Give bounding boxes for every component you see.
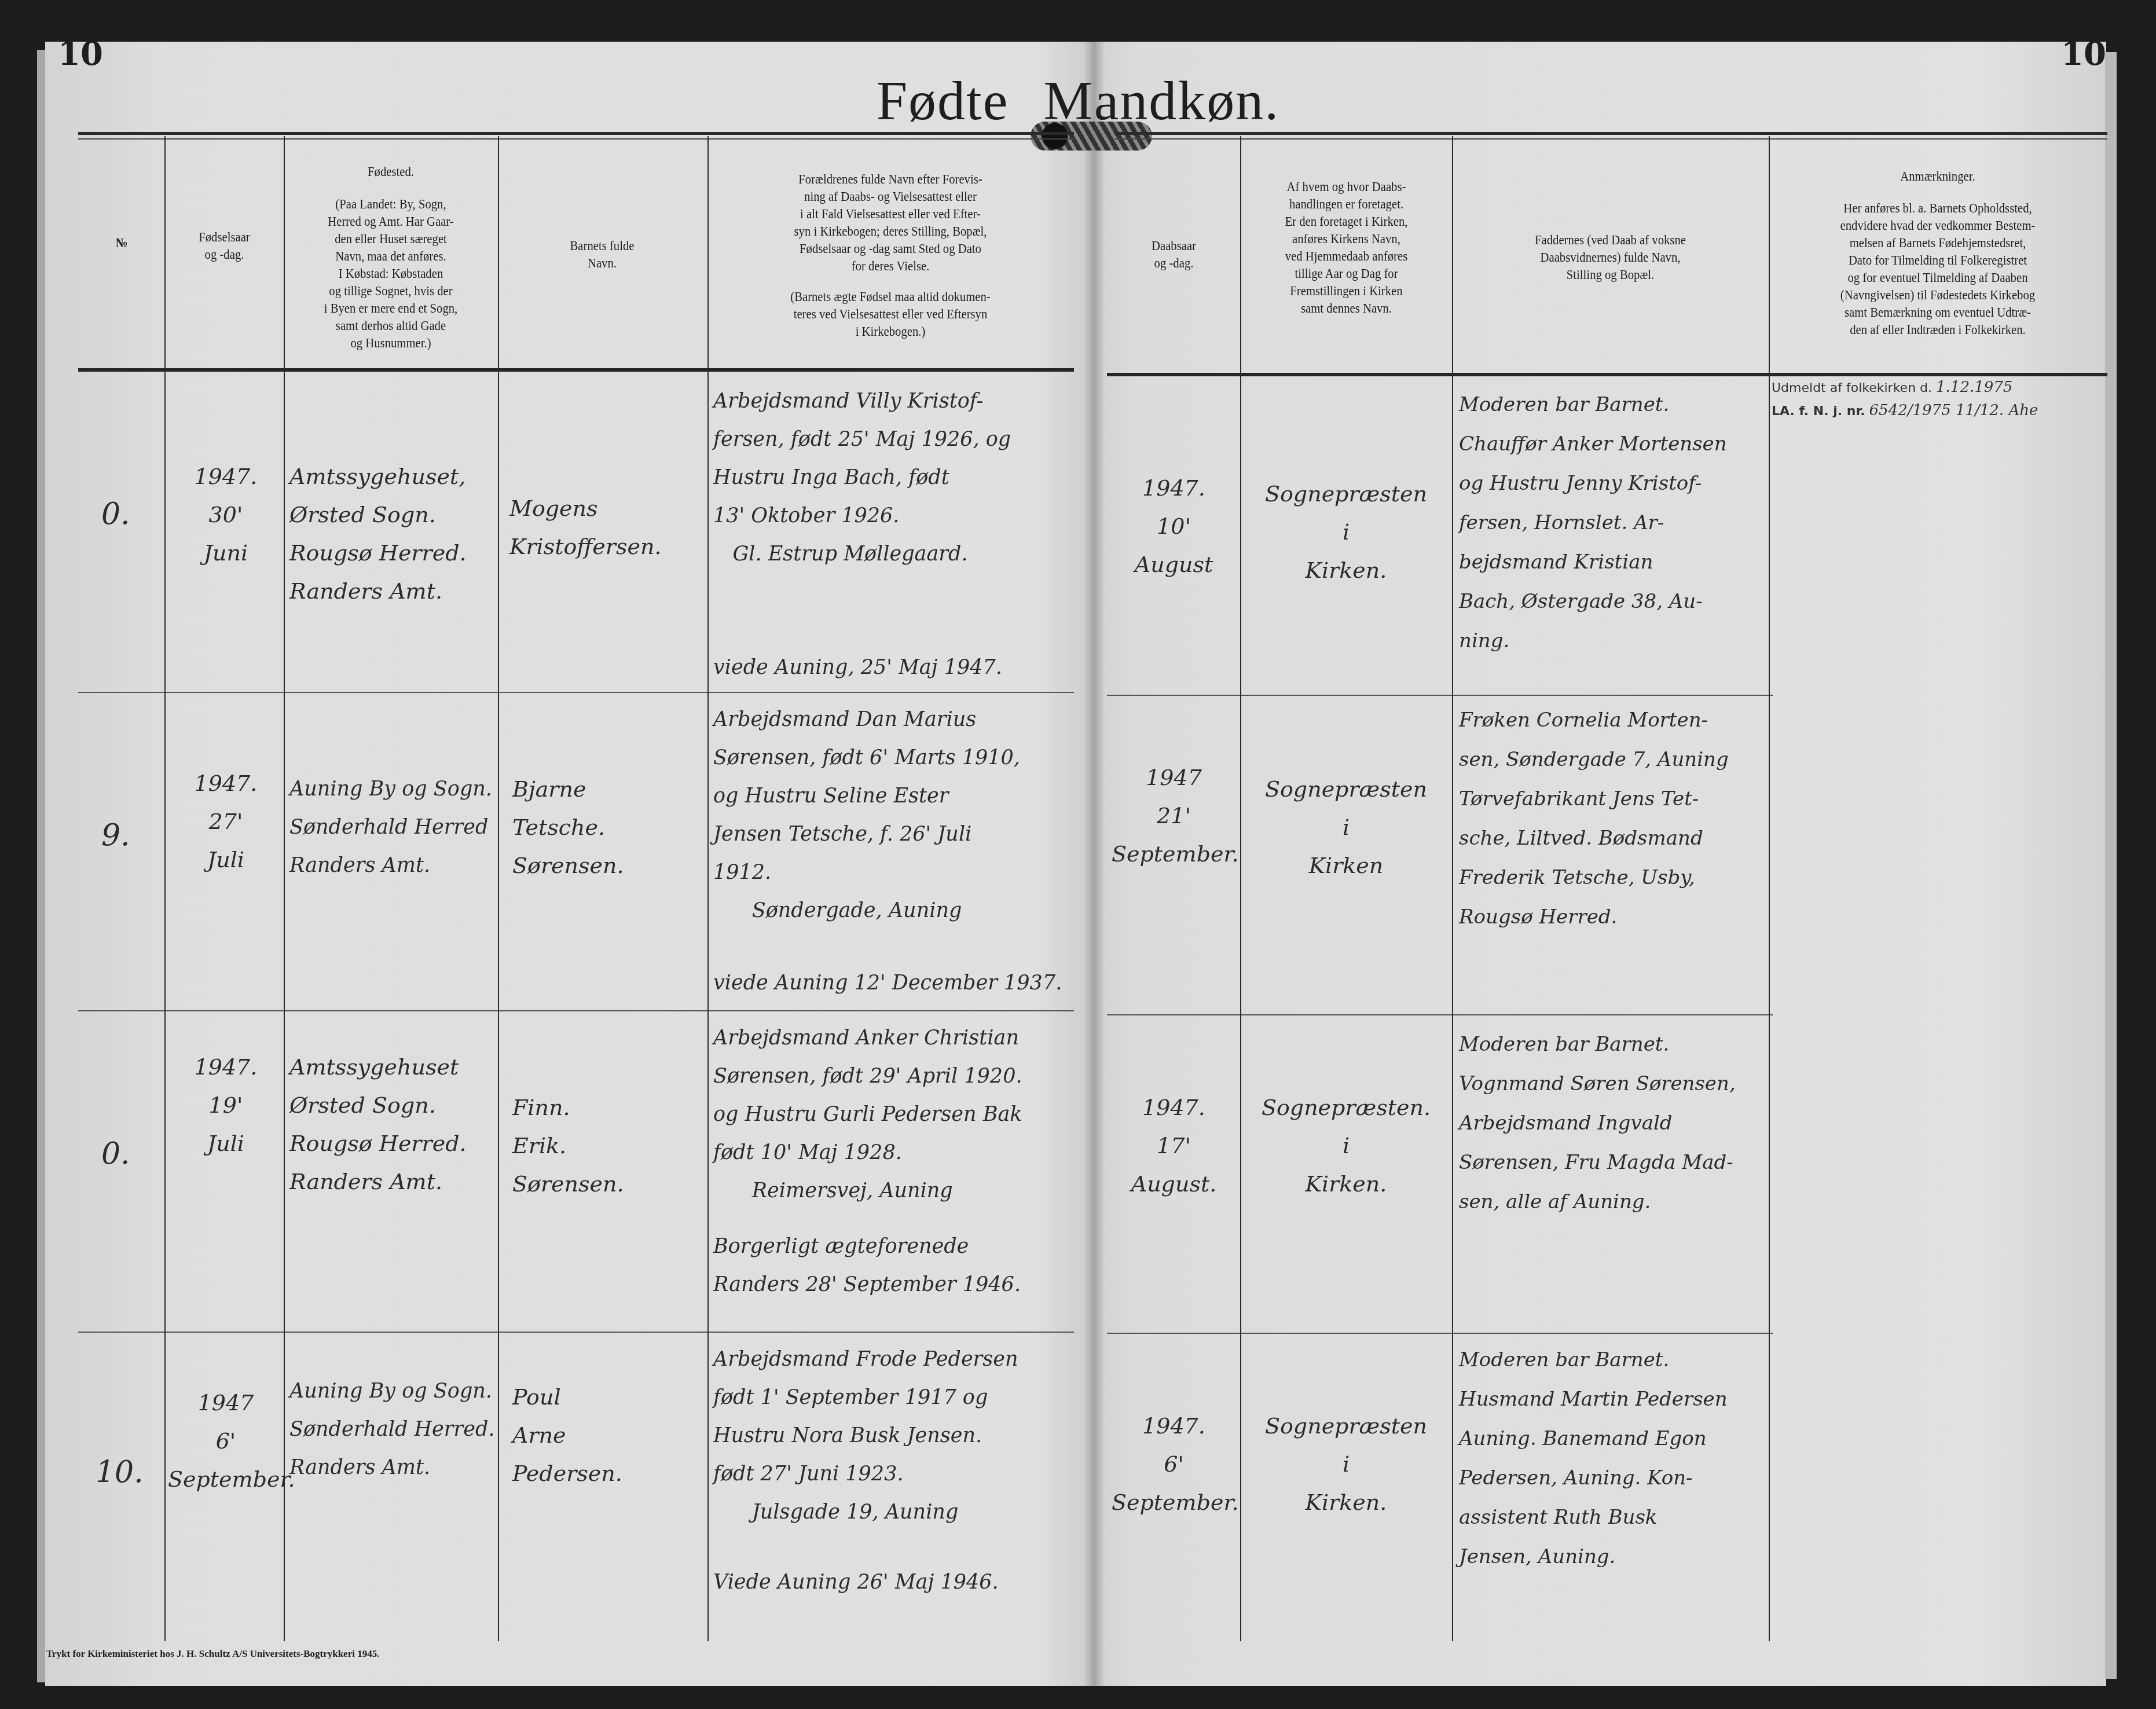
header-remarks-note: Her anføres bl. a. Barnets Opholdssted, …: [1790, 200, 2087, 339]
entry-marriage: Viede Auning 26' Maj 1946.: [713, 1563, 999, 1601]
entry-child-name: Poul Arne Pedersen.: [512, 1378, 622, 1492]
entry-birthplace: Auning By og Sogn. Sønderhald Herred Ran…: [289, 770, 492, 885]
entry-baptism-date: 1947 21' September.: [1112, 758, 1236, 873]
entry-godparents: Moderen bar Barnet. Husmand Martin Peder…: [1459, 1340, 1728, 1576]
header-parents-note: (Barnets ægte Fødsel maa altid dokumen- …: [729, 288, 1052, 340]
entry-baptism-by: Sognepræsten i Kirken.: [1245, 1407, 1447, 1521]
col-line-2: [284, 136, 285, 1641]
col-line-5: [1240, 136, 1241, 1641]
page-edge-right: [2105, 52, 2117, 1679]
col-line-3: [498, 136, 499, 1641]
withdrawal-line: Udmeldt af folkekirken d. 1.12.1975: [1772, 376, 2038, 399]
entry-parents: Arbejdsmand Frode Pedersen født 1' Septe…: [713, 1340, 1018, 1531]
entry-baptism-by: Sognepræsten. i Kirken.: [1245, 1088, 1447, 1203]
entry-birth-date: 1947. 19' Juli: [171, 1048, 281, 1162]
header-baptism-by: Af hvem og hvor Daabs- handlingen er for…: [1254, 178, 1439, 317]
row-divider-3-right: [1107, 1333, 1773, 1334]
header-rule-right: [1114, 132, 2107, 135]
entry-godparents: Frøken Cornelia Morten- sen, Søndergade …: [1459, 701, 1729, 937]
entry-baptism-date: 1947. 6' September.: [1112, 1407, 1236, 1521]
header-baptism-date: Daabsaar og -dag.: [1115, 237, 1233, 272]
entry-baptism-date: 1947. 17' August.: [1112, 1088, 1236, 1203]
entry-birth-date: 1947 6' September.: [168, 1384, 284, 1498]
remark-stamp: Udmeldt af folkekirken d. 1.12.1975 LA. …: [1772, 376, 2038, 423]
entry-baptism-by: Sognepræsten i Kirken: [1245, 770, 1447, 885]
row-divider-2-right: [1107, 1014, 1773, 1015]
header-rule-left: [78, 132, 1074, 135]
entry-parents: Arbejdsmand Anker Christian Sørensen, fø…: [713, 1019, 1022, 1210]
entry-birth-date: 1947. 27' Juli: [171, 764, 281, 879]
entry-child-name: Bjarne Tetsche. Sørensen.: [512, 770, 624, 885]
printer-imprint: Trykt for Kirkeministeriet hos J. H. Sch…: [46, 1648, 379, 1660]
entry-marriage: Borgerligt ægteforenede Randers 28' Sept…: [713, 1227, 1021, 1304]
entry-birth-date: 1947. 30' Juni: [171, 457, 281, 572]
header-child-name: Barnets fulde Navn.: [511, 237, 694, 272]
entry-godparents: Moderen bar Barnet. Vognmand Søren Søren…: [1459, 1025, 1736, 1222]
row-divider-1-left: [78, 692, 1074, 693]
header-remarks-title: Anmærkninger.: [1790, 168, 2087, 185]
page-number-left: 10: [58, 35, 103, 73]
entry-baptism-date: 1947. 10' August: [1112, 469, 1236, 584]
entry-parents: Arbejdsmand Dan Marius Sørensen, født 6'…: [713, 701, 1020, 930]
entry-child-name: Mogens Kristoffersen.: [509, 489, 661, 566]
binding-stitch: [1031, 122, 1152, 151]
journal-label: LA. f. N. j. nr.: [1772, 404, 1865, 419]
entry-number: 9.: [101, 816, 130, 854]
header-birthplace-note: (Paa Landet: By, Sogn, Herred og Amt. Ha…: [297, 196, 485, 352]
col-line-6: [1452, 136, 1453, 1641]
title-part-fodte: Fødte: [877, 69, 1009, 131]
entry-marriage: viede Auning, 25' Maj 1947.: [713, 648, 1002, 687]
entry-birthplace: Auning By og Sogn. Sønderhald Herred. Ra…: [289, 1372, 495, 1487]
entry-parents: Arbejdsmand Villy Kristof- fersen, født …: [713, 382, 1011, 573]
header-birth-date: Fødselsaar og -dag.: [174, 229, 276, 263]
entry-godparents: Moderen bar Barnet. Chauffør Anker Morte…: [1459, 385, 1727, 661]
journal-value: 6542/1975 11/12. Ahe: [1869, 402, 2038, 419]
withdrawal-label: Udmeldt af folkekirken d.: [1772, 381, 1932, 395]
row-divider-3-left: [78, 1332, 1074, 1333]
header-parents: Forældrenes fulde Navn efter Forevis- ni…: [729, 171, 1052, 275]
entry-birthplace: Amtssygehuset Ørsted Sogn. Rougsø Herred…: [289, 1048, 467, 1201]
row-divider-2-left: [78, 1010, 1074, 1011]
entry-birthplace: Amtssygehuset, Ørsted Sogn. Rougsø Herre…: [289, 457, 467, 610]
withdrawal-date: 1.12.1975: [1936, 379, 2012, 396]
header-birthplace-title: Fødested.: [297, 163, 485, 181]
journal-line: LA. f. N. j. nr. 6542/1975 11/12. Ahe: [1772, 399, 2038, 423]
col-line-4: [707, 136, 709, 1641]
entry-number: 10.: [96, 1453, 144, 1491]
entry-marriage: viede Auning 12' December 1937.: [713, 964, 1062, 1002]
header-godparents: Faddernes (ved Daab af voksne Daabsvidne…: [1471, 232, 1750, 284]
entry-number: 0.: [101, 1135, 130, 1173]
entry-number: 0.: [101, 495, 130, 533]
entry-baptism-by: Sognepræsten i Kirken.: [1245, 475, 1447, 589]
header-nr: №: [90, 234, 153, 252]
col-line-7: [1769, 136, 1770, 1641]
row-divider-1-right: [1107, 695, 1773, 696]
page-edge-left: [37, 50, 45, 1682]
book-gutter: [1084, 42, 1105, 1686]
entry-child-name: Finn. Erik. Sørensen.: [512, 1088, 624, 1203]
page-number-right: 10: [2061, 35, 2106, 73]
col-line-1: [164, 136, 166, 1641]
header-bottom-rule-left: [78, 368, 1074, 372]
